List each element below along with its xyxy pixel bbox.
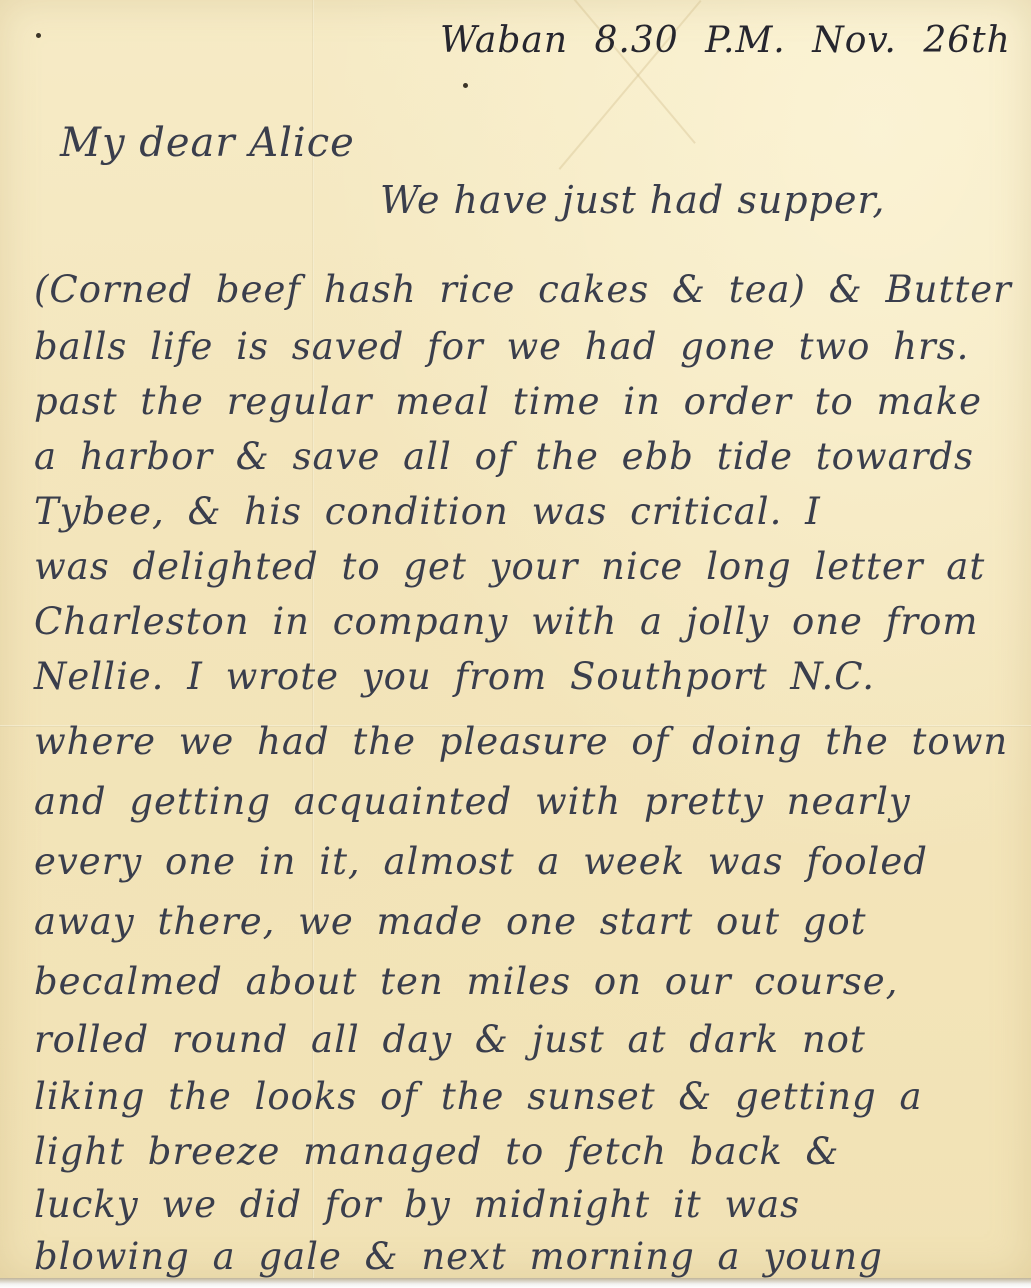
ink-speck bbox=[36, 33, 41, 38]
letter-header-date: Waban 8.30 P.M. Nov. 26th bbox=[440, 20, 1011, 61]
letter-page: Waban 8.30 P.M. Nov. 26th My dear Alice … bbox=[0, 0, 1031, 1278]
letter-salutation: My dear Alice bbox=[60, 120, 355, 166]
letter-line: past the regular meal time in order to m… bbox=[34, 380, 982, 423]
letter-line: liking the looks of the sunset & getting… bbox=[34, 1075, 923, 1118]
letter-line: a harbor & save all of the ebb tide towa… bbox=[34, 435, 974, 478]
letter-line: blowing a gale & next morning a young bbox=[34, 1235, 883, 1278]
letter-line: (Corned beef hash rice cakes & tea) & Bu… bbox=[34, 268, 1012, 311]
ink-speck bbox=[463, 83, 468, 88]
letter-line: lucky we did for by midnight it was bbox=[34, 1183, 800, 1226]
scan-bottom-edge bbox=[0, 1278, 1031, 1288]
letter-line: becalmed about ten miles on our course, bbox=[34, 960, 898, 1003]
letter-line: light breeze managed to fetch back & bbox=[34, 1130, 839, 1173]
letter-line: rolled round all day & just at dark not bbox=[34, 1018, 866, 1061]
letter-line: Charleston in company with a jolly one f… bbox=[34, 600, 978, 643]
letter-opening-line: We have just had supper, bbox=[380, 178, 886, 222]
letter-line: away there, we made one start out got bbox=[34, 900, 867, 943]
letter-line: every one in it, almost a week was foole… bbox=[34, 840, 928, 883]
letter-line: was delighted to get your nice long lett… bbox=[34, 545, 985, 588]
letter-line: balls life is saved for we had gone two … bbox=[34, 325, 969, 368]
letter-line: Nellie. I wrote you from Southport N.C. bbox=[34, 655, 875, 698]
letter-line: Tybee, & his condition was critical. I bbox=[34, 490, 821, 533]
letter-line: and getting acquainted with pretty nearl… bbox=[34, 780, 911, 823]
letter-line: where we had the pleasure of doing the t… bbox=[34, 720, 1008, 763]
